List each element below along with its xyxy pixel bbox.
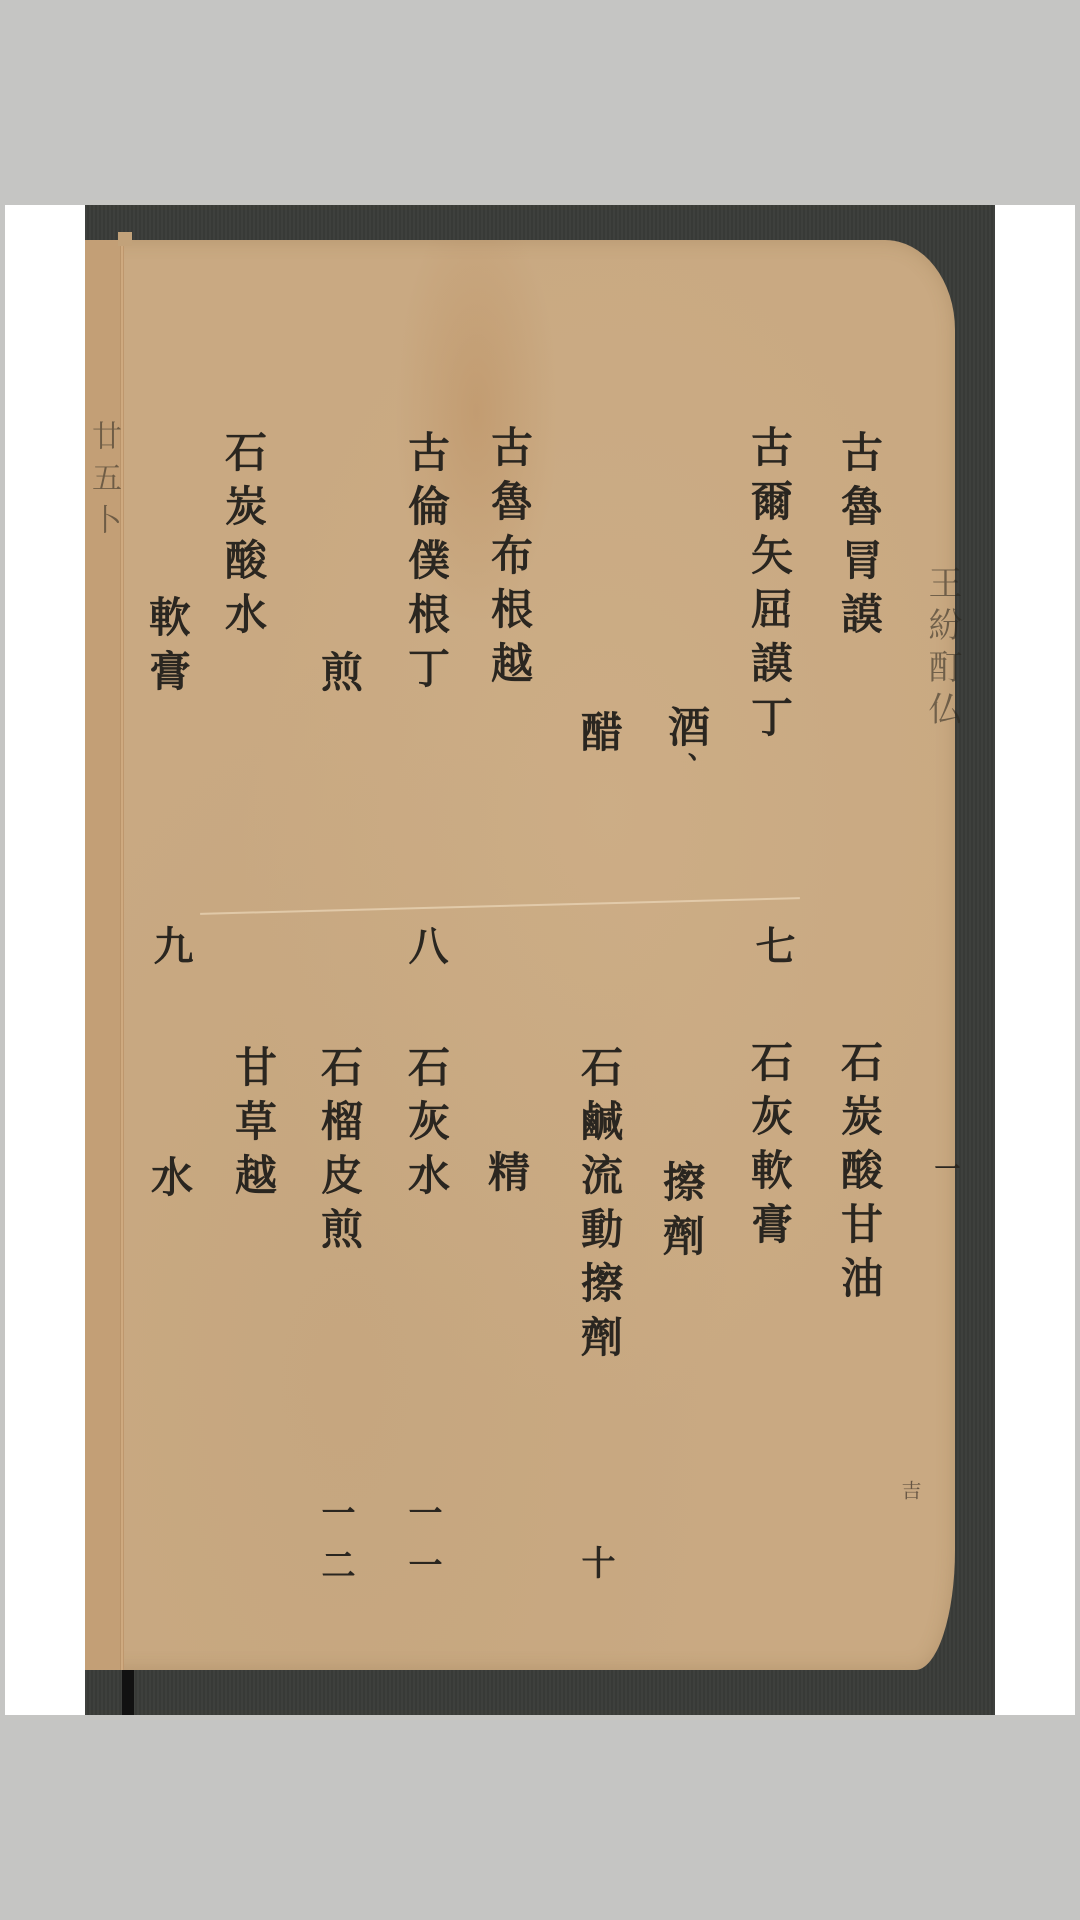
entry-col7: 軟膏 [146, 595, 188, 703]
entry-lower-4: 石灰水 [405, 1045, 447, 1207]
entry-lower-1: 石炭酸甘油 [838, 1040, 880, 1310]
entry-col4: 古魯布根越 [488, 425, 530, 695]
page-number-7: 七 [752, 925, 792, 977]
right-edge-fragment: 王紛酊仏 [925, 565, 959, 733]
cover-tab [118, 232, 132, 246]
entry-col5-suffix: 煎 [318, 650, 360, 704]
entry-lower-1-mark: 一 [932, 1155, 958, 1193]
entry-lower-2-suffix: 擦劑 [660, 1160, 702, 1268]
entry-lower-5: 石榴皮煎 [318, 1045, 360, 1261]
page-number-10: 十 [578, 1545, 612, 1591]
entry-col1: 古魯冐謨 [838, 430, 880, 646]
entry-col5: 古倫僕根丁 [405, 430, 447, 700]
entry-lower-3-prefix: 精 [485, 1150, 527, 1204]
entry-lower-3: 石鹹流動擦劑 [578, 1045, 620, 1369]
entry-lower-7: 水 [148, 1155, 190, 1209]
entry-lower-2: 石灰軟膏 [748, 1040, 790, 1256]
entry-col2-mark: 、 [668, 752, 696, 792]
left-margin-fragment: 廿五卜 [88, 420, 118, 546]
page-number-9: 九 [150, 925, 190, 977]
entry-col2-suffix: 酒 [665, 705, 707, 759]
entry-col6: 石炭酸水 [222, 430, 264, 646]
page-number-11: 一一 [405, 1495, 439, 1599]
page-number-12: 一二 [318, 1495, 352, 1599]
entry-col2: 古爾矢屈謨丁 [748, 425, 790, 749]
small-stamp-mark: 吉 [900, 1480, 920, 1512]
page-number-8: 八 [405, 925, 445, 977]
entry-lower-6: 甘草越 [232, 1045, 274, 1207]
cover-spine-mark [122, 1670, 134, 1715]
entry-col3-suffix: 醋 [578, 710, 620, 764]
